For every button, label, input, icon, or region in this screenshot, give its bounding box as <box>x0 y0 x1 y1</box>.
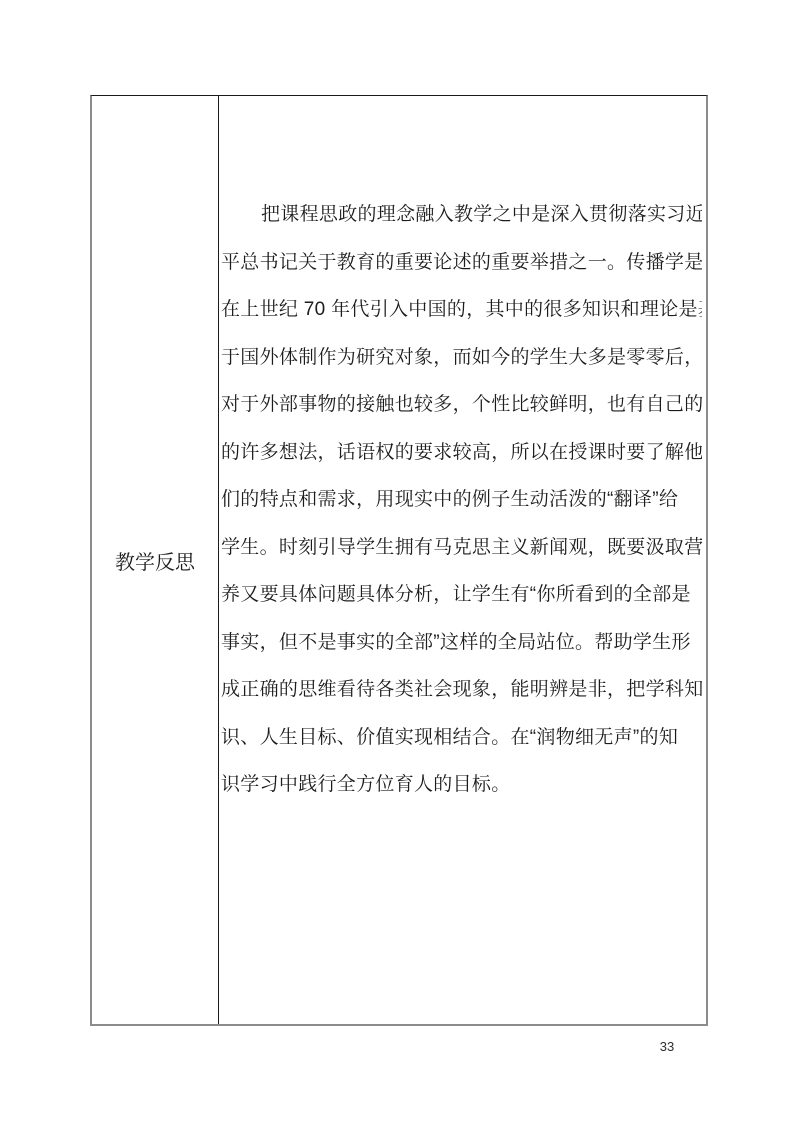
paragraph-line: 的许多想法，话语权的要求较高，所以在授课时要了解他 <box>221 429 702 477</box>
row-header-label: 教学反思 <box>115 546 195 575</box>
reflection-table: 教学反思 把课程思政的理念融入教学之中是深入贯彻落实习近平总书记关于教育的重要论… <box>90 95 708 1026</box>
paragraph-line: 学生。时刻引导学生拥有马克思主义新闻观，既要汲取营 <box>221 524 702 572</box>
paragraph-line: 事实，但不是事实的全部”这样的全局站位。帮助学生形 <box>221 619 702 667</box>
paragraph-line: 把课程思政的理念融入教学之中是深入贯彻落实习近 <box>221 191 702 239</box>
paragraph-line: 在上世纪 70 年代引入中国的，其中的很多知识和理论是基 <box>221 286 702 334</box>
paragraph-line: 成正确的思维看待各类社会现象，能明辨是非，把学科知 <box>221 666 702 714</box>
paragraph-line: 平总书记关于教育的重要论述的重要举措之一。传播学是 <box>221 239 702 287</box>
page-number: 33 <box>649 1039 685 1054</box>
paragraph-line: 于国外体制作为研究对象，而如今的学生大多是零零后， <box>221 334 702 382</box>
document-page: 教学反思 把课程思政的理念融入教学之中是深入贯彻落实习近平总书记关于教育的重要论… <box>0 0 794 1123</box>
row-header-cell: 教学反思 <box>92 96 219 1024</box>
paragraph-line: 养又要具体问题具体分析，让学生有“你所看到的全部是 <box>221 571 702 619</box>
paragraph-line: 们的特点和需求，用现实中的例子生动活泼的“翻译”给 <box>221 476 702 524</box>
reflection-paragraph: 把课程思政的理念融入教学之中是深入贯彻落实习近平总书记关于教育的重要论述的重要举… <box>221 191 702 809</box>
paragraph-line: 识学习中践行全方位育人的目标。 <box>221 761 702 809</box>
paragraph-line: 识、人生目标、价值实现相结合。在“润物细无声”的知 <box>221 714 702 762</box>
row-content-cell: 把课程思政的理念融入教学之中是深入贯彻落实习近平总书记关于教育的重要论述的重要举… <box>219 96 706 1024</box>
paragraph-line: 对于外部事物的接触也较多，个性比较鲜明，也有自己的 <box>221 381 702 429</box>
